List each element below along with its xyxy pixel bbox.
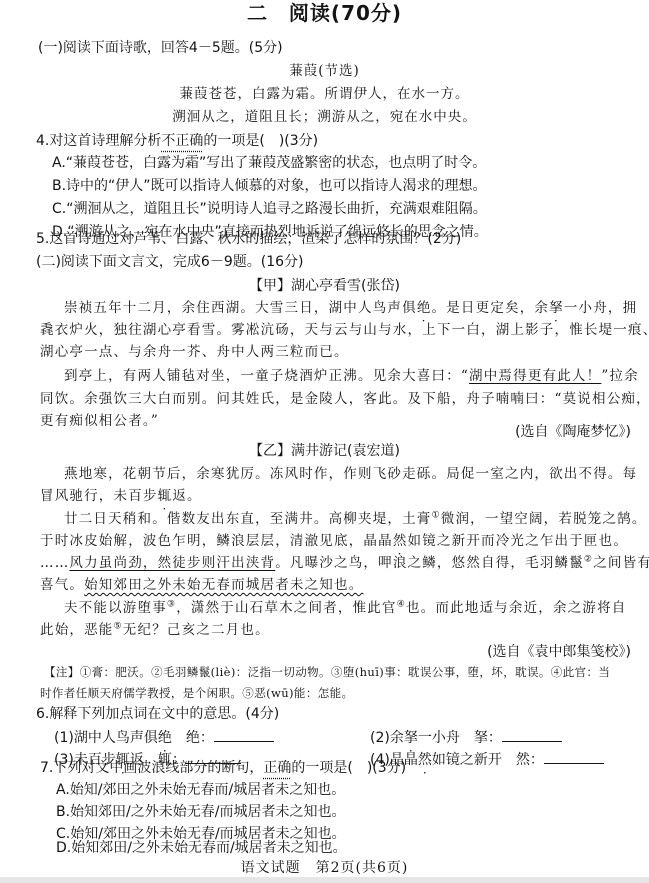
yi-p2-line4: 喜气。始知郊田之外未始无春而城居者未之知也。 xyxy=(40,575,363,595)
section-title: 二 阅读(70分) xyxy=(0,3,649,23)
yi-p2-line3: ……风力虽尚劲，然徒步则汗出浃背。凡曝沙之鸟，呷浪之鳞，悠然自得，毛羽鳞鬣②之间… xyxy=(40,553,649,573)
underlined-sentence: 湖中焉得更有此人！ xyxy=(469,368,601,384)
q6-item-2: (2)余拏一小舟 拏： xyxy=(370,727,562,748)
dotted-char: 拏 xyxy=(549,300,564,316)
q4-option-b: B.诗中的“伊人”既可以指诗人倾慕的对象，也可以指诗人渴求的理想。 xyxy=(52,176,487,196)
q4-emphasis: 不正确 xyxy=(161,133,203,149)
jia-p2-line3: 更有痴似相公者。” xyxy=(40,411,159,431)
yi-p2-line2: 于时冰皮始解，波色乍明，鳞浪层层，清澈见底，晶晶然如镜之新开而冷光之乍出于匣也。 xyxy=(40,531,628,551)
q7-option-a: A.始知/郊田之外未始无春而/城居者未之知也。 xyxy=(56,780,345,800)
dotted-char: 辄 xyxy=(158,488,173,504)
part2-heading: (二)阅读下面文言文，完成6－9题。(16分) xyxy=(36,252,303,272)
q7-emphasis: 正确 xyxy=(263,760,291,776)
yi-title: 【乙】满井游记(袁宏道) xyxy=(0,441,649,461)
dotted-char: 绝 xyxy=(417,300,432,316)
jia-p1-line2: 毳衣炉火，独往湖心亭看雪。雾凇沆砀，天与云与山与水，上下一白，湖上影子，惟长堤一… xyxy=(40,320,649,340)
jia-p2-line1: 到亭上，有两人铺毡对坐，一童子烧酒炉正沸。见余大喜曰：“湖中焉得更有此人！”拉余 xyxy=(64,366,639,386)
underlined-sentence: 风力虽尚劲，然徒步则汗出浃背 xyxy=(69,555,275,571)
dotted-char: 然 xyxy=(393,533,408,549)
question-7: 7.下列对文中画波浪线部分的断句，正确的一项是( )(3分) xyxy=(40,758,406,778)
answer-blank[interactable] xyxy=(502,727,562,742)
q7-option-b: B.始知郊田/之外未始无春/而城居者未之知也。 xyxy=(56,802,346,822)
jia-p1-line1: 崇祯五年十二月，余住西湖。大雪三日，湖中人鸟声俱绝。是日更定矣，余拏一小舟，拥 xyxy=(64,298,637,318)
q4-option-a: A.“蒹葭苍苍，白露为霜”写出了蒹葭茂盛繁密的状态，也点明了时令。 xyxy=(52,153,486,173)
question-5: 5.这首诗通过对芦苇、白露、秋水的描绘，渲染了怎样的氛围？(2分) xyxy=(36,229,461,249)
wavy-underlined-sentence: 始知郊田之外未始无春而城居者未之知也。 xyxy=(84,577,363,593)
q4-stem: 4.对这首诗理解分析 xyxy=(36,133,161,149)
yi-p3-line2: 此始，恶能⑤无纪？己亥之二月也。 xyxy=(40,620,270,640)
question-6: 6.解释下列加点词在文中的意思。(4分) xyxy=(36,704,279,724)
answer-blank[interactable] xyxy=(214,727,274,742)
q4-option-c: C.“溯洄从之，道阻且长”说明诗人追寻之路漫长曲折，充满艰难阻隔。 xyxy=(52,199,487,219)
note-line-2: 时作者任顺天府儒学教授，是个闲职。⑤恶(wū)能：怎能。 xyxy=(40,683,353,703)
yi-p3-line1: 夫不能以游堕事③，潇然于山石草木之间者，惟此官④也。而此地适与余近，余之游将自 xyxy=(64,598,626,618)
yi-p2-line1: 廿二日天稍和。偕数友出东直，至满井。高柳夹堤，土膏①微润，一望空阔，若脱笼之鹄。 xyxy=(64,509,647,529)
answer-blank[interactable] xyxy=(544,749,604,764)
poem-line-1: 蒹葭苍苍，白露为霜。所谓伊人，在水一方。 xyxy=(0,84,649,104)
jia-p1-line3: 湖心亭一点、与余舟一芥、舟中人两三粒而已。 xyxy=(40,342,349,362)
yi-source: (选自《袁中郎集笺校》) xyxy=(487,642,631,662)
q6-item-1: (1)湖中人鸟声俱绝 绝： xyxy=(54,727,274,748)
q4-stem-end: 的一项是( )(3分) xyxy=(203,133,318,149)
yi-p1-line1: 燕地寒，花朝节后，余寒犹厉。冻风时作，作则飞砂走砾。局促一室之内，欲出不得。每 xyxy=(64,464,637,484)
yi-p1-line2: 冒风驰行，未百步辄返。 xyxy=(40,486,202,506)
poem-line-2: 溯洄从之，道阻且长；溯游从之，宛在水中央。 xyxy=(0,107,649,127)
q7-option-d: D.始知郊田/之外未始无春而/城居者未之知也。 xyxy=(56,838,347,858)
page-footer: 语文试题 第2页(共6页) xyxy=(0,858,649,878)
jia-source: (选自《陶庵梦忆》) xyxy=(515,422,631,442)
poem-title: 蒹葭(节选) xyxy=(0,61,649,81)
jia-title: 【甲】湖心亭看雪(张岱) xyxy=(0,276,649,296)
part1-heading: (一)阅读下面诗歌，回答4－5题。(5分) xyxy=(38,38,283,58)
note-line-1: 【注】①膏：肥沃。②毛羽鳞鬣(liè)：泛指一切动物。③堕(huī)事：耽误公事… xyxy=(44,662,610,682)
jia-p2-line2: 同饮。余强饮三大白而别。问其姓氏，是金陵人，客此。及下船，舟子喃喃曰：“莫说相公… xyxy=(40,389,649,409)
exam-page: 二 阅读(70分) (一)阅读下面诗歌，回答4－5题。(5分) 蒹葭(节选) 蒹… xyxy=(0,0,649,877)
page-edge xyxy=(0,877,649,883)
question-4: 4.对这首诗理解分析不正确的一项是( )(3分) xyxy=(36,131,318,151)
